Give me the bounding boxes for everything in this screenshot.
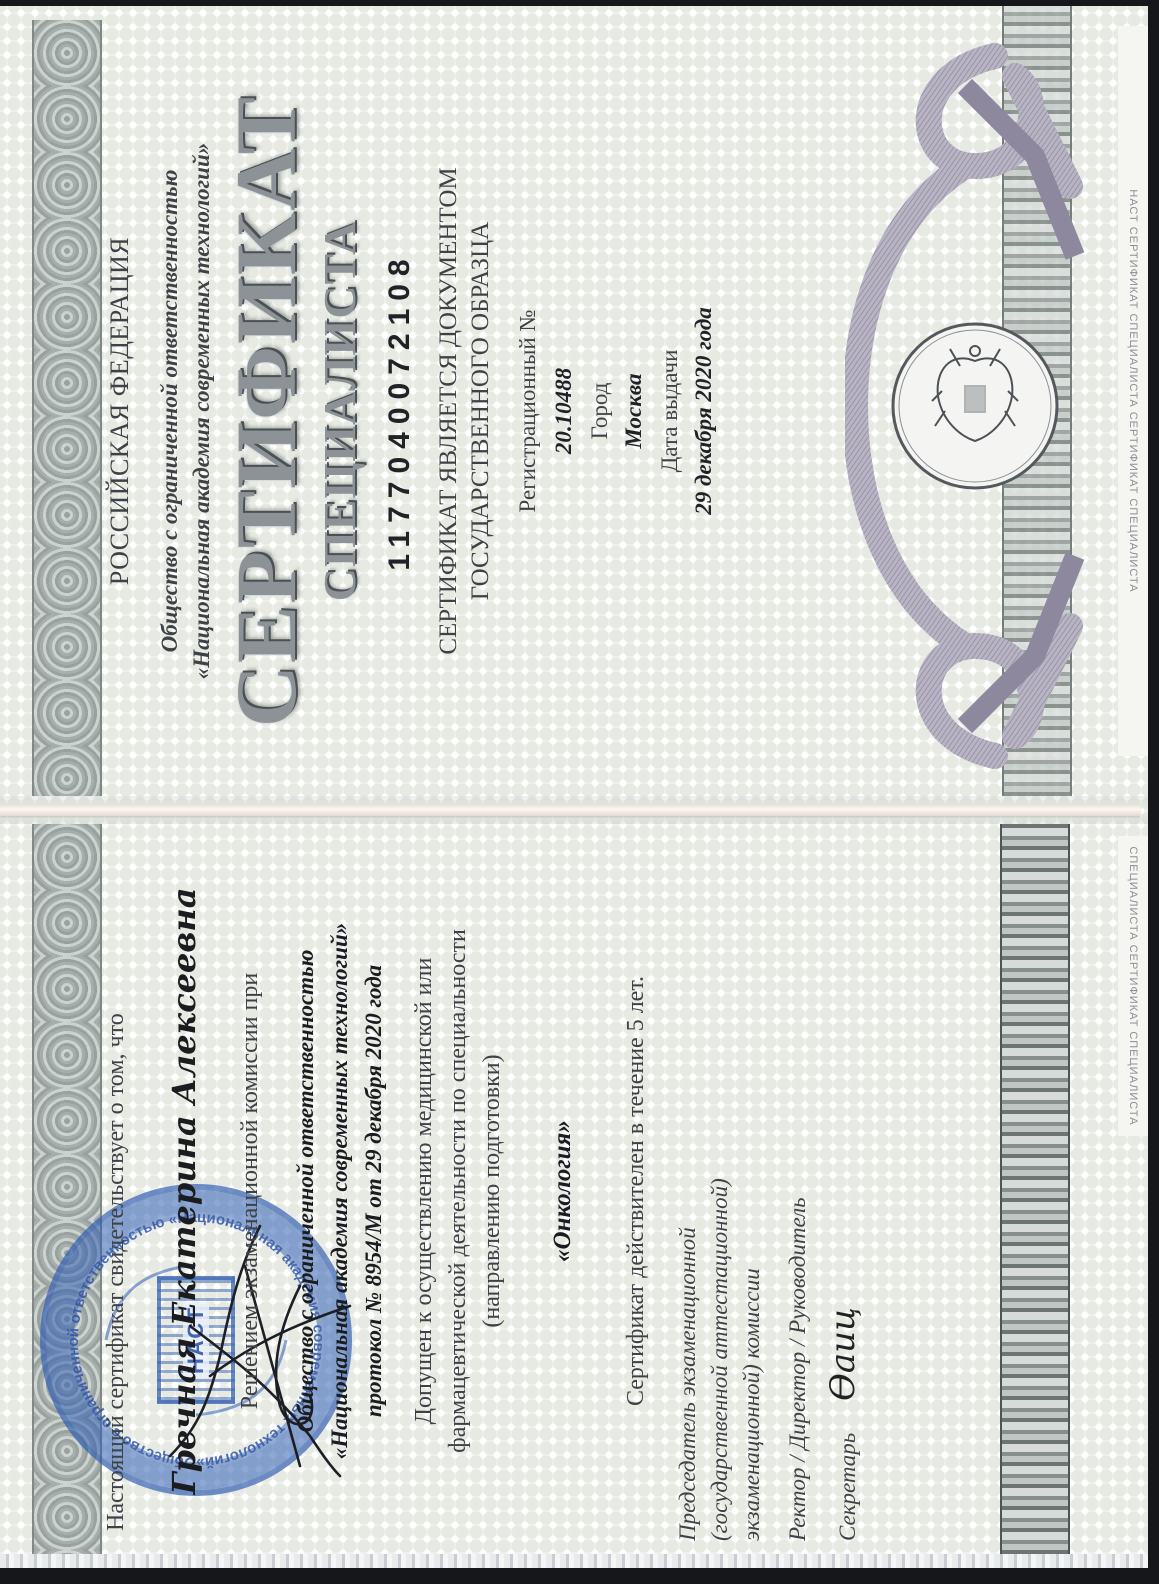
certificate-subtitle: СПЕЦИАЛИСТА <box>317 31 363 791</box>
intro-text: Настоящий сертификат свидетельствует о т… <box>103 1013 130 1531</box>
secretary-signature: Ѳаиц <box>823 1307 863 1401</box>
city-value: Москва <box>621 31 647 791</box>
certificate-number: 1177040072108 <box>383 31 417 791</box>
guilloche-stripe-left-page <box>32 20 102 796</box>
country-heading: РОССИЙСКАЯ ФЕДЕРАЦИЯ <box>105 31 135 791</box>
edge-microtext-bottom: СПЕЦИАЛИСТА СЕРТИФИКАТ СПЕЦИАЛИСТА <box>1118 836 1148 1136</box>
protocol-line: протокол № 8954/М от 29 декабря 2020 год… <box>361 831 387 1551</box>
chair-label-line-3: экзаменационной) комиссии <box>739 1268 765 1541</box>
right-page: Настоящий сертификат свидетельствует о т… <box>95 831 980 1551</box>
russian-coat-of-arms-icon <box>930 341 1020 451</box>
admission-line-2: фармацевтической деятельности по специал… <box>445 831 472 1551</box>
guilloche-stripe-right-bottom <box>1000 824 1070 1554</box>
admission-line-1: Допущен к осуществлению медицинской или <box>411 831 438 1551</box>
issue-date-value: 29 декабря 2020 года <box>691 31 717 791</box>
registration-label: Регистрационный № <box>515 31 541 791</box>
holder-name: Гречная Екатерина Алексеевна <box>165 831 203 1551</box>
document-note-line-2: ГОСУДАРСТВЕННОГО ОБРАЗЦА <box>467 31 495 791</box>
chair-label-line-2: (государственной аттестационной) <box>707 1178 733 1541</box>
issuer-line-1: Общество с ограниченной ответственностью <box>157 31 183 791</box>
issuer-line-2: «Национальная академия современных техно… <box>327 831 353 1551</box>
registration-number: 20.10488 <box>551 31 577 791</box>
certificate-sheet: НАСТ СЕРТИФИКАТ СПЕЦИАЛИСТА СЕРТИФИКАТ С… <box>0 6 1148 1566</box>
direction-note: (направлению подготовки) <box>479 831 506 1551</box>
microtext: НАСТ СЕРТИФИКАТ СПЕЦИАЛИСТА СЕРТИФИКАТ С… <box>1127 189 1139 592</box>
city-label: Город <box>587 31 613 791</box>
left-page: РОССИЙСКАЯ ФЕДЕРАЦИЯ Общество с ограниче… <box>105 31 805 791</box>
specialty: «Онкология» <box>549 831 577 1551</box>
decision-text: Решением экзаменационной комиссии при <box>237 831 264 1551</box>
validity-text: Сертификат действителен в течение 5 лет. <box>623 831 650 1551</box>
secretary-label: Секретарь <box>835 1433 861 1541</box>
microtext: СПЕЦИАЛИСТА СЕРТИФИКАТ СПЕЦИАЛИСТА <box>1127 846 1139 1125</box>
document-note-line-1: СЕРТИФИКАТ ЯВЛЯЕТСЯ ДОКУМЕНТОМ <box>435 31 463 791</box>
chair-label-line-1: Председатель экзаменационной <box>675 1227 701 1541</box>
issue-date-label: Дата выдачи <box>657 31 683 791</box>
certificate-title: СЕРТИФИКАТ <box>223 31 309 791</box>
issuer-line-1: Общество с ограниченной ответственностью <box>293 831 319 1551</box>
sheet-bottom-edge <box>0 1554 1148 1568</box>
issuer-line-2: «Национальная академия современных техно… <box>189 31 215 791</box>
edge-microtext-top: НАСТ СЕРТИФИКАТ СПЕЦИАЛИСТА СЕРТИФИКАТ С… <box>1118 26 1148 756</box>
binding-cord <box>0 804 1140 816</box>
rector-label: Ректор / Директор / Руководитель <box>785 1197 811 1541</box>
